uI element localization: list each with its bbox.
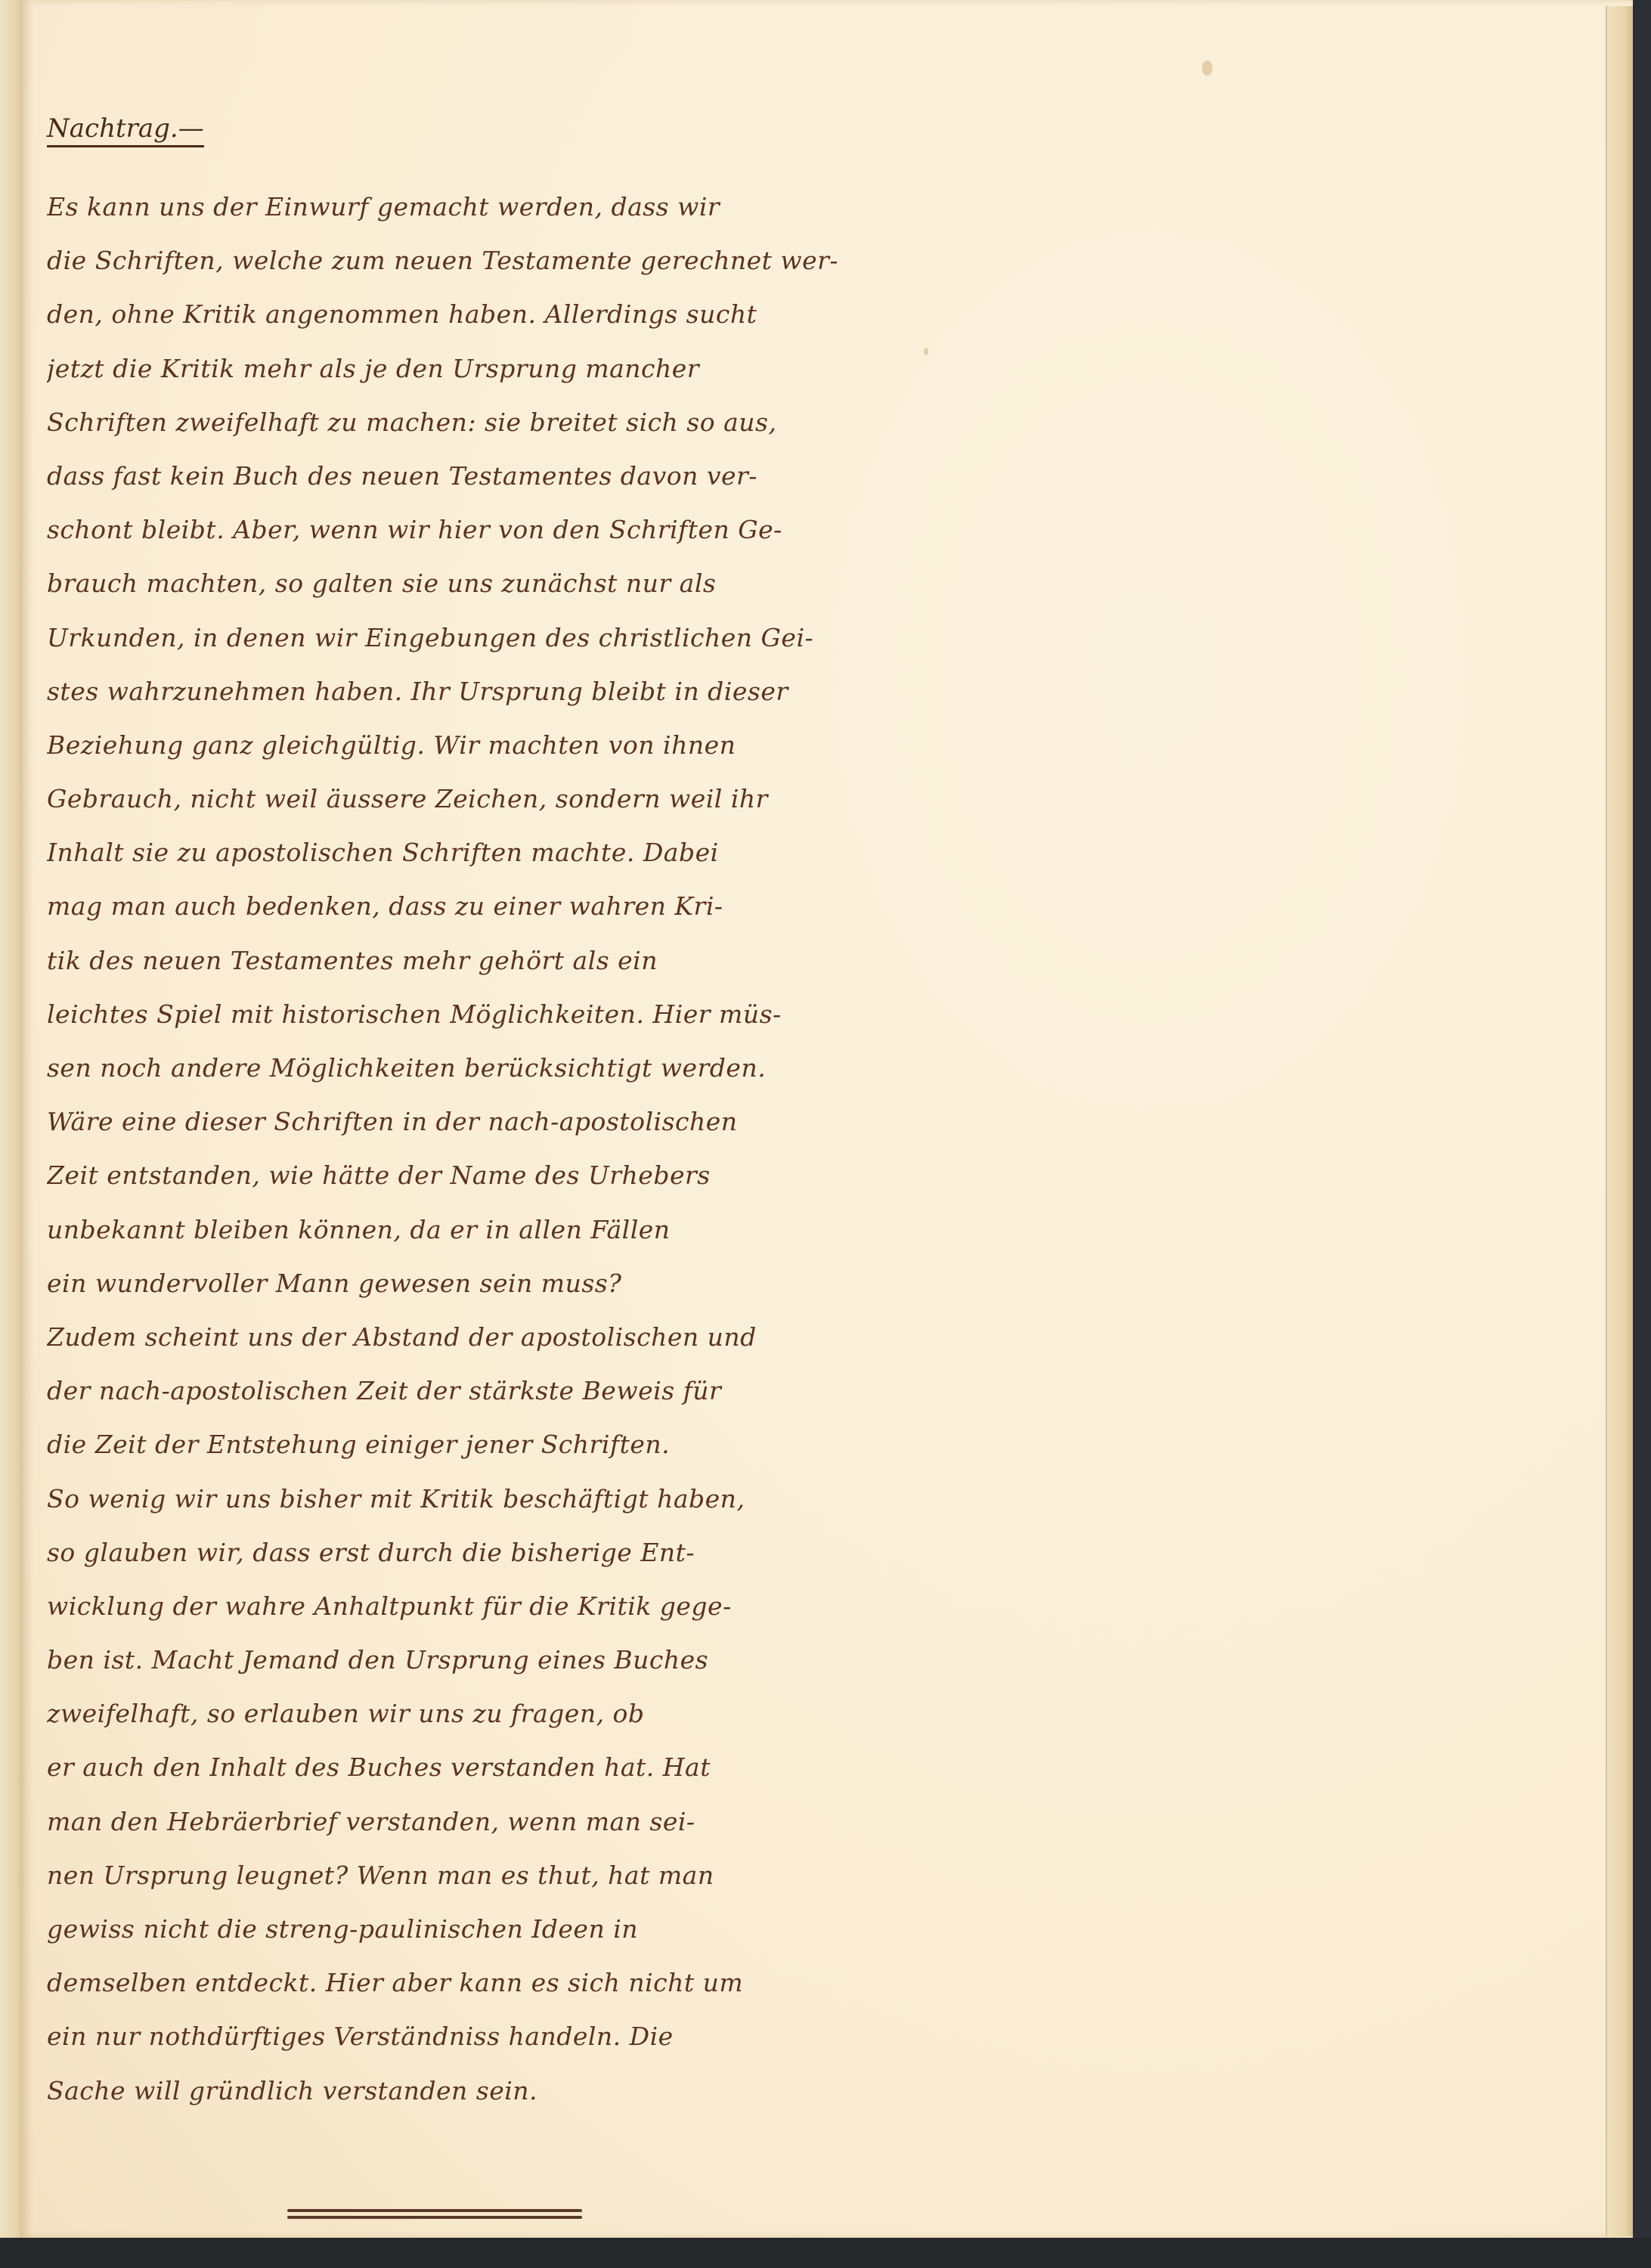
foxing-stain	[924, 348, 928, 355]
text-line: so glauben wir, dass erst durch die bish…	[47, 1526, 856, 1579]
book-cover-edge	[1633, 0, 1651, 2268]
text-line: Urkunden, in denen wir Eingebungen des c…	[47, 611, 856, 665]
text-line: Es kann uns der Einwurf gemacht werden, …	[47, 180, 856, 234]
page-heading: Nachtrag.—	[47, 113, 204, 147]
foxing-stain	[1202, 60, 1213, 76]
text-line: gewiss nicht die streng-paulinischen Ide…	[47, 1902, 856, 1956]
text-line: Wäre eine dieser Schriften in der nach-a…	[47, 1095, 856, 1148]
end-double-rule	[287, 2209, 582, 2220]
text-line: stes wahrzunehmen haben. Ihr Ursprung bl…	[47, 665, 856, 718]
text-line: wicklung der wahre Anhaltpunkt für die K…	[47, 1579, 856, 1633]
text-line: ben ist. Macht Jemand den Ursprung eines…	[47, 1633, 856, 1687]
text-line: nen Ursprung leugnet? Wenn man es thut, …	[47, 1848, 856, 1902]
text-line: unbekannt bleiben können, da er in allen…	[47, 1203, 856, 1256]
manuscript-text: Es kann uns der Einwurf gemacht werden, …	[47, 180, 856, 2118]
text-line: leichtes Spiel mit historischen Möglichk…	[47, 987, 856, 1041]
text-line: die Schriften, welche zum neuen Testamen…	[47, 234, 856, 287]
text-line: er auch den Inhalt des Buches verstanden…	[47, 1740, 856, 1794]
text-line: demselben entdeckt. Hier aber kann es si…	[47, 1956, 856, 2009]
text-line: mag man auch bedenken, dass zu einer wah…	[47, 879, 856, 933]
text-line: brauch machten, so galten sie uns zunäch…	[47, 556, 856, 610]
book-cover-bottom	[0, 2238, 1651, 2268]
text-line: ein nur nothdürftiges Verständniss hande…	[47, 2009, 856, 2063]
text-line: Beziehung ganz gleichgültig. Wir machten…	[47, 718, 856, 772]
text-line: jetzt die Kritik mehr als je den Ursprun…	[47, 342, 856, 395]
text-line: Inhalt sie zu apostolischen Schriften ma…	[47, 826, 856, 879]
text-line: die Zeit der Entstehung einiger jener Sc…	[47, 1417, 856, 1471]
text-line: der nach-apostolischen Zeit der stärkste…	[47, 1364, 856, 1417]
text-line: zweifelhaft, so erlauben wir uns zu frag…	[47, 1687, 856, 1740]
text-line: ein wundervoller Mann gewesen sein muss?	[47, 1256, 856, 1310]
text-line: dass fast kein Buch des neuen Testamente…	[47, 449, 856, 503]
text-line: Zeit entstanden, wie hätte der Name des …	[47, 1148, 856, 1202]
text-line: Sache will gründlich verstanden sein.	[47, 2064, 856, 2118]
text-line: man den Hebräerbrief verstanden, wenn ma…	[47, 1795, 856, 1848]
text-line: sen noch andere Möglichkeiten berücksich…	[47, 1041, 856, 1095]
text-line: So wenig wir uns bisher mit Kritik besch…	[47, 1472, 856, 1526]
text-line: Zudem scheint uns der Abstand der aposto…	[47, 1310, 856, 1364]
text-line: den, ohne Kritik angenommen haben. Aller…	[47, 287, 856, 341]
text-line: schont bleibt. Aber, wenn wir hier von d…	[47, 503, 856, 556]
text-line: Gebrauch, nicht weil äussere Zeichen, so…	[47, 772, 856, 826]
page-fore-edge	[1606, 6, 1633, 2236]
text-line: tik des neuen Testamentes mehr gehört al…	[47, 934, 856, 987]
text-line: Schriften zweifelhaft zu machen: sie bre…	[47, 395, 856, 449]
